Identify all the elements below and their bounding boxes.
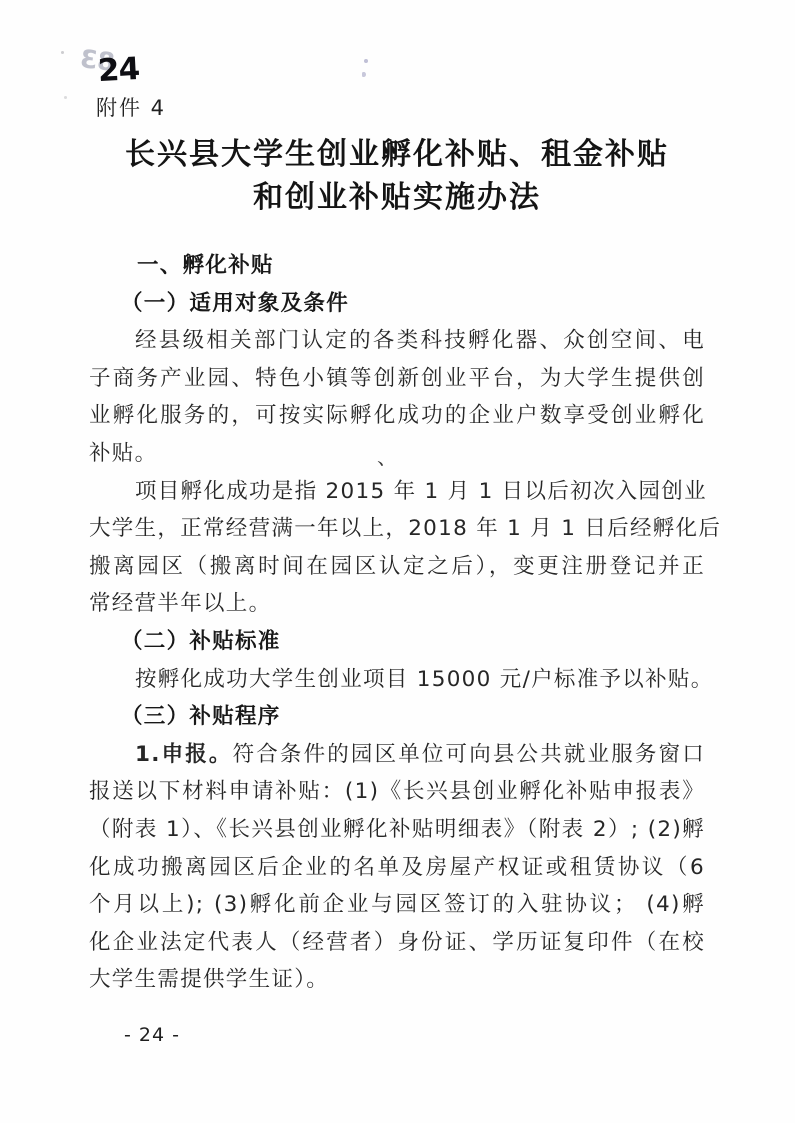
body-line: 补贴。 — [89, 435, 705, 473]
body-line: 子商务产业园、特色小镇等创新创业平台，为大学生提供创 — [89, 360, 705, 398]
subsection-heading: （二）补贴标准 — [89, 623, 705, 661]
document-title-line1: 长兴县大学生创业孵化补贴、租金补贴 — [89, 133, 705, 176]
document-body: 一、孵化补贴 （一）适用对象及条件 经县级相关部门认定的各类科技孵化器、众创空间… — [89, 247, 705, 999]
ink-speck — [64, 96, 67, 99]
ink-speck — [364, 59, 368, 63]
body-line: 化企业法定代表人（经营者）身份证、学历证复印件（在校 — [89, 924, 705, 962]
body-line: 大学生需提供学生证）。 — [89, 961, 705, 999]
body-line: 经县级相关部门认定的各类科技孵化器、众创空间、电 — [89, 322, 705, 360]
body-line: 个月以上); (3)孵化前企业与园区签订的入驻协议； (4)孵 — [89, 886, 705, 924]
section-heading: 一、孵化补贴 — [89, 247, 705, 285]
document-title: 长兴县大学生创业孵化补贴、租金补贴 和创业补贴实施办法 — [89, 133, 705, 219]
ink-speck — [61, 51, 64, 54]
body-line: 报送以下材料申请补贴：(1)《长兴县创业孵化补贴申报表》 — [89, 773, 705, 811]
body-line: 项目孵化成功是指 2015 年 1 月 1 日以后初次入园创业 — [89, 473, 705, 511]
stray-ink-mark: 、 — [377, 441, 397, 470]
numbered-item-lead: 1.申报。 — [135, 742, 233, 767]
body-line: （附表 1）、《长兴县创业孵化补贴明细表》（附表 2）; (2)孵 — [89, 811, 705, 849]
handwritten-page-number: 24 — [97, 51, 140, 89]
ink-speck — [362, 72, 366, 77]
body-line: 业孵化服务的，可按实际孵化成功的企业户数享受创业孵化 — [89, 397, 705, 435]
body-line: 大学生，正常经营满一年以上，2018 年 1 月 1 日后经孵化后 — [89, 510, 705, 548]
document-title-line2: 和创业补贴实施办法 — [89, 176, 705, 219]
subsection-heading: （一）适用对象及条件 — [89, 285, 705, 323]
subsection-heading: （三）补贴程序 — [89, 698, 705, 736]
attachment-label: 附件 4 — [96, 92, 166, 122]
page-number: - 24 - — [124, 1024, 180, 1046]
body-line: 常经营半年以上。 — [89, 585, 705, 623]
scanned-document-page: 83 24 附件 4 长兴县大学生创业孵化补贴、租金补贴 和创业补贴实施办法 一… — [0, 0, 795, 1123]
body-line: 搬离园区（搬离时间在园区认定之后），变更注册登记并正 — [89, 548, 705, 586]
body-line: 1.申报。符合条件的园区单位可向县公共就业服务窗口 — [89, 736, 705, 774]
body-line: 化成功搬离园区后企业的名单及房屋产权证或租赁协议（6 — [89, 849, 705, 887]
body-line-text: 符合条件的园区单位可向县公共就业服务窗口 — [233, 742, 705, 767]
body-line: 按孵化成功大学生创业项目 15000 元/户标准予以补贴。 — [89, 661, 705, 699]
